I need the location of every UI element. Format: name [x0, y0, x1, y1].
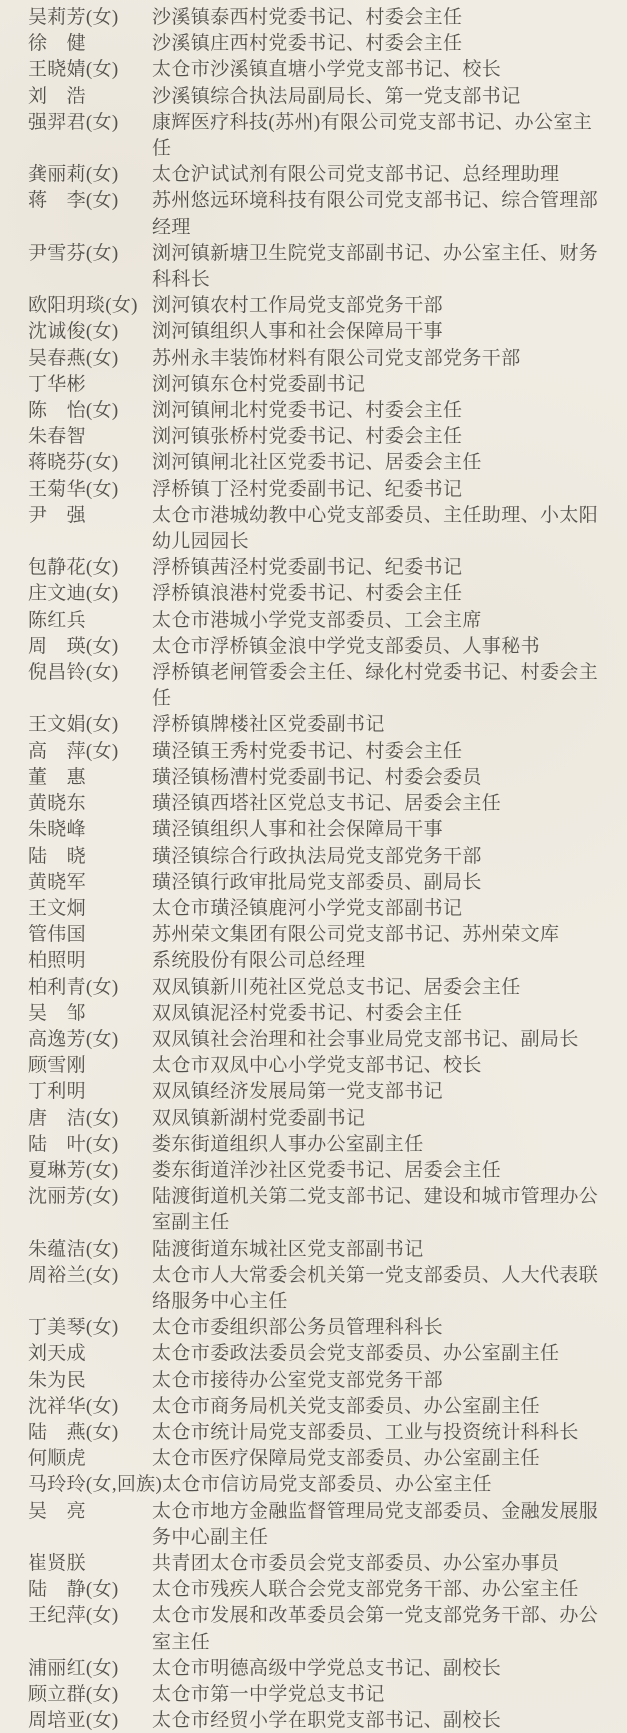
list-item: 沈丽芳(女) 陆渡街道机关第二党支部书记、建设和城市管理办公室副主任	[28, 1184, 602, 1236]
list-item: 崔贤朕 共青团太仓市委员会党支部委员、办公室办事员	[28, 1551, 602, 1577]
list-item: 沈祥华(女) 太仓市商务局机关党支部委员、办公室副主任	[28, 1394, 602, 1420]
list-item: 陆 晓 璜泾镇综合行政执法局党支部党务干部	[28, 844, 602, 870]
person-name: 王纪萍(女)	[28, 1603, 152, 1629]
list-item: 唐 洁(女) 双凤镇新湖村党委副书记	[28, 1106, 602, 1132]
list-item: 丁华彬 浏河镇东仓村党委副书记	[28, 372, 602, 398]
person-name: 丁美琴(女)	[28, 1315, 152, 1341]
list-item: 吴莉芳(女) 沙溪镇泰西村党委书记、村委会主任	[28, 5, 602, 31]
list-item: 黄晓军 璜泾镇行政审批局党支部委员、副局长	[28, 870, 602, 896]
list-item: 陆 静(女) 太仓市残疾人联合会党支部党务干部、办公室主任	[28, 1577, 602, 1603]
list-item: 周培亚(女) 太仓市经贸小学在职党支部书记、副校长	[28, 1708, 602, 1733]
list-item: 朱为民 太仓市接待办公室党支部党务干部	[28, 1368, 602, 1394]
document-page: 吴莉芳(女) 沙溪镇泰西村党委书记、村委会主任 徐 健 沙溪镇庄西村党委书记、村…	[0, 0, 627, 1733]
list-item: 周 瑛(女) 太仓市浮桥镇金浪中学党支部委员、人事秘书	[28, 634, 602, 660]
person-title: 璜泾镇王秀村党委书记、村委会主任	[152, 739, 602, 765]
list-item: 陈 怡(女) 浏河镇闸北村党委书记、村委会主任	[28, 398, 602, 424]
list-item: 倪昌铃(女) 浮桥镇老闸管委会主任、绿化村党委书记、村委会主任	[28, 660, 602, 712]
list-item: 吴春燕(女) 苏州永丰装饰材料有限公司党支部党务干部	[28, 346, 602, 372]
list-item: 高逸芳(女) 双凤镇社会治理和社会事业局党支部书记、副局长	[28, 1027, 602, 1053]
person-title: 苏州荣文集团有限公司党支部书记、苏州荣文库	[152, 922, 602, 948]
list-item: 陈红兵 太仓市港城小学党支部委员、工会主席	[28, 608, 602, 634]
list-item: 马玲玲(女,回族) 太仓市信访局党支部委员、办公室主任	[28, 1472, 602, 1498]
person-name: 黄晓东	[28, 791, 152, 817]
person-name: 周裕兰(女)	[28, 1263, 152, 1289]
person-title: 双凤镇新湖村党委副书记	[152, 1106, 602, 1132]
person-title: 太仓市经贸小学在职党支部书记、副校长	[152, 1708, 602, 1733]
person-name: 董 惠	[28, 765, 152, 791]
person-name: 陆 晓	[28, 844, 152, 870]
person-title: 璜泾镇西塔社区党总支书记、居委会主任	[152, 791, 602, 817]
list-item: 王菊华(女) 浮桥镇丁泾村党委副书记、纪委书记	[28, 477, 602, 503]
list-item: 顾雪刚 太仓市双凤中心小学党支部书记、校长	[28, 1053, 602, 1079]
person-title: 太仓市接待办公室党支部党务干部	[152, 1368, 602, 1394]
person-title: 沙溪镇泰西村党委书记、村委会主任	[152, 5, 602, 31]
list-item: 沈诚俊(女) 浏河镇组织人事和社会保障局干事	[28, 319, 602, 345]
person-title: 浏河镇新塘卫生院党支部副书记、办公室主任、财务科科长	[152, 241, 602, 293]
list-item: 柏照明 系统股份有限公司总经理	[28, 948, 602, 974]
person-title: 太仓市委组织部公务员管理科科长	[152, 1315, 602, 1341]
person-name: 王菊华(女)	[28, 477, 152, 503]
list-item: 庄文迪(女) 浮桥镇浪港村党委书记、村委会主任	[28, 581, 602, 607]
person-name: 龚丽莉(女)	[28, 162, 152, 188]
person-name: 崔贤朕	[28, 1551, 152, 1577]
person-name: 顾雪刚	[28, 1053, 152, 1079]
person-title: 浏河镇闸北社区党委书记、居委会主任	[152, 450, 602, 476]
person-title: 共青团太仓市委员会党支部委员、办公室办事员	[152, 1551, 602, 1577]
person-title: 苏州永丰装饰材料有限公司党支部党务干部	[152, 346, 602, 372]
person-name: 蒋 李(女)	[28, 188, 152, 214]
person-title: 浏河镇农村工作局党支部党务干部	[152, 293, 602, 319]
person-title: 双凤镇经济发展局第一党支部书记	[152, 1079, 602, 1105]
person-name: 周培亚(女)	[28, 1708, 152, 1733]
person-title: 浮桥镇浪港村党委书记、村委会主任	[152, 581, 602, 607]
list-item: 浦丽红(女) 太仓市明德高级中学党总支书记、副校长	[28, 1656, 602, 1682]
person-title: 浏河镇张桥村党委书记、村委会主任	[152, 424, 602, 450]
person-title: 太仓沪试试剂有限公司党支部书记、总经理助理	[152, 162, 602, 188]
person-name: 蒋晓芬(女)	[28, 450, 152, 476]
list-item: 欧阳玥琰(女) 浏河镇农村工作局党支部党务干部	[28, 293, 602, 319]
list-item: 高 萍(女) 璜泾镇王秀村党委书记、村委会主任	[28, 739, 602, 765]
person-title: 太仓市明德高级中学党总支书记、副校长	[152, 1656, 602, 1682]
person-title: 太仓市港城幼教中心党支部委员、主任助理、小太阳幼儿园园长	[152, 503, 602, 555]
person-name: 高逸芳(女)	[28, 1027, 152, 1053]
person-title: 陆渡街道东城社区党支部副书记	[152, 1237, 602, 1263]
person-title: 太仓市第一中学党总支书记	[152, 1682, 602, 1708]
person-name: 何顺虎	[28, 1446, 152, 1472]
person-title: 太仓市委政法委员会党支部委员、办公室副主任	[152, 1341, 602, 1367]
person-title: 系统股份有限公司总经理	[152, 948, 602, 974]
person-name: 朱为民	[28, 1368, 152, 1394]
person-title: 太仓市残疾人联合会党支部党务干部、办公室主任	[152, 1577, 602, 1603]
person-name: 陆 燕(女)	[28, 1420, 152, 1446]
person-name: 倪昌铃(女)	[28, 660, 152, 686]
person-title: 浮桥镇丁泾村党委副书记、纪委书记	[152, 477, 602, 503]
list-item: 朱晓峰 璜泾镇组织人事和社会保障局干事	[28, 817, 602, 843]
person-name: 吴 亮	[28, 1499, 152, 1525]
person-name: 顾立群(女)	[28, 1682, 152, 1708]
list-item: 朱春智 浏河镇张桥村党委书记、村委会主任	[28, 424, 602, 450]
person-title: 太仓市信访局党支部委员、办公室主任	[162, 1472, 602, 1498]
person-name: 包静花(女)	[28, 555, 152, 581]
person-title: 璜泾镇杨漕村党委副书记、村委会委员	[152, 765, 602, 791]
person-title: 娄东街道组织人事办公室副主任	[152, 1132, 602, 1158]
list-item: 周裕兰(女) 太仓市人大常委会机关第一党支部委员、人大代表联络服务中心主任	[28, 1263, 602, 1315]
list-item: 丁美琴(女) 太仓市委组织部公务员管理科科长	[28, 1315, 602, 1341]
list-item: 何顺虎 太仓市医疗保障局党支部委员、办公室副主任	[28, 1446, 602, 1472]
person-title: 璜泾镇组织人事和社会保障局干事	[152, 817, 602, 843]
list-item: 刘天成 太仓市委政法委员会党支部委员、办公室副主任	[28, 1341, 602, 1367]
person-name: 黄晓军	[28, 870, 152, 896]
list-item: 朱蕴洁(女) 陆渡街道东城社区党支部副书记	[28, 1237, 602, 1263]
person-name: 马玲玲(女,回族)	[28, 1472, 162, 1498]
person-name: 浦丽红(女)	[28, 1656, 152, 1682]
list-item: 柏利青(女) 双凤镇新川苑社区党总支书记、居委会主任	[28, 975, 602, 1001]
person-title: 太仓市人大常委会机关第一党支部委员、人大代表联络服务中心主任	[152, 1263, 602, 1315]
person-title: 太仓市统计局党支部委员、工业与投资统计科科长	[152, 1420, 602, 1446]
person-name: 王文炯	[28, 896, 152, 922]
person-name: 刘天成	[28, 1341, 152, 1367]
person-title: 太仓市发展和改革委员会第一党支部党务干部、办公室主任	[152, 1603, 602, 1655]
person-title: 太仓市地方金融监督管理局党支部委员、金融发展服务中心副主任	[152, 1499, 602, 1551]
person-name: 吴 邹	[28, 1001, 152, 1027]
person-title: 苏州悠远环境科技有限公司党支部书记、综合管理部经理	[152, 188, 602, 240]
person-title: 康辉医疗科技(苏州)有限公司党支部书记、办公室主任	[152, 110, 602, 162]
list-item: 管伟国 苏州荣文集团有限公司党支部书记、苏州荣文库	[28, 922, 602, 948]
person-name: 尹雪芬(女)	[28, 241, 152, 267]
person-name: 沈丽芳(女)	[28, 1184, 152, 1210]
list-item: 顾立群(女) 太仓市第一中学党总支书记	[28, 1682, 602, 1708]
person-name: 朱蕴洁(女)	[28, 1237, 152, 1263]
person-name: 高 萍(女)	[28, 739, 152, 765]
person-title: 双凤镇新川苑社区党总支书记、居委会主任	[152, 975, 602, 1001]
person-title: 浏河镇东仓村党委副书记	[152, 372, 602, 398]
person-name: 刘 浩	[28, 84, 152, 110]
person-title: 沙溪镇庄西村党委书记、村委会主任	[152, 31, 602, 57]
list-item: 尹 强 太仓市港城幼教中心党支部委员、主任助理、小太阳幼儿园园长	[28, 503, 602, 555]
list-item: 包静花(女) 浮桥镇茜泾村党委副书记、纪委书记	[28, 555, 602, 581]
person-name: 沈祥华(女)	[28, 1394, 152, 1420]
list-item: 吴 亮 太仓市地方金融监督管理局党支部委员、金融发展服务中心副主任	[28, 1499, 602, 1551]
person-name: 管伟国	[28, 922, 152, 948]
person-title: 浮桥镇茜泾村党委副书记、纪委书记	[152, 555, 602, 581]
list-item: 蒋 李(女) 苏州悠远环境科技有限公司党支部书记、综合管理部经理	[28, 188, 602, 240]
person-title: 璜泾镇综合行政执法局党支部党务干部	[152, 844, 602, 870]
list-item: 徐 健 沙溪镇庄西村党委书记、村委会主任	[28, 31, 602, 57]
person-title: 浏河镇组织人事和社会保障局干事	[152, 319, 602, 345]
person-title: 太仓市商务局机关党支部委员、办公室副主任	[152, 1394, 602, 1420]
person-title: 沙溪镇综合执法局副局长、第一党支部书记	[152, 84, 602, 110]
list-item: 强羿君(女) 康辉医疗科技(苏州)有限公司党支部书记、办公室主任	[28, 110, 602, 162]
person-title: 双凤镇泥泾村党委书记、村委会主任	[152, 1001, 602, 1027]
person-name: 夏琳芳(女)	[28, 1158, 152, 1184]
person-title: 璜泾镇行政审批局党支部委员、副局长	[152, 870, 602, 896]
person-name: 周 瑛(女)	[28, 634, 152, 660]
person-name: 唐 洁(女)	[28, 1106, 152, 1132]
person-title: 太仓市医疗保障局党支部委员、办公室副主任	[152, 1446, 602, 1472]
list-item: 陆 燕(女) 太仓市统计局党支部委员、工业与投资统计科科长	[28, 1420, 602, 1446]
list-item: 王文娟(女) 浮桥镇牌楼社区党委副书记	[28, 712, 602, 738]
person-title: 娄东街道洋沙社区党委书记、居委会主任	[152, 1158, 602, 1184]
person-title: 浏河镇闸北村党委书记、村委会主任	[152, 398, 602, 424]
list-item: 王纪萍(女) 太仓市发展和改革委员会第一党支部党务干部、办公室主任	[28, 1603, 602, 1655]
person-name: 欧阳玥琰(女)	[28, 293, 152, 319]
person-name: 陆 叶(女)	[28, 1132, 152, 1158]
person-title: 浮桥镇老闸管委会主任、绿化村党委书记、村委会主任	[152, 660, 602, 712]
person-name: 徐 健	[28, 31, 152, 57]
list-item: 王文炯 太仓市璜泾镇鹿河小学党支部副书记	[28, 896, 602, 922]
list-item: 蒋晓芬(女) 浏河镇闸北社区党委书记、居委会主任	[28, 450, 602, 476]
person-name: 庄文迪(女)	[28, 581, 152, 607]
list-item: 吴 邹 双凤镇泥泾村党委书记、村委会主任	[28, 1001, 602, 1027]
person-title: 陆渡街道机关第二党支部书记、建设和城市管理办公室副主任	[152, 1184, 602, 1236]
list-item: 丁利明 双凤镇经济发展局第一党支部书记	[28, 1079, 602, 1105]
person-name: 柏照明	[28, 948, 152, 974]
list-item: 董 惠 璜泾镇杨漕村党委副书记、村委会委员	[28, 765, 602, 791]
roster-list: 吴莉芳(女) 沙溪镇泰西村党委书记、村委会主任 徐 健 沙溪镇庄西村党委书记、村…	[28, 5, 602, 1733]
person-name: 尹 强	[28, 503, 152, 529]
person-name: 陆 静(女)	[28, 1577, 152, 1603]
person-name: 陈红兵	[28, 608, 152, 634]
person-title: 太仓市浮桥镇金浪中学党支部委员、人事秘书	[152, 634, 602, 660]
person-title: 太仓市港城小学党支部委员、工会主席	[152, 608, 602, 634]
person-title: 双凤镇社会治理和社会事业局党支部书记、副局长	[152, 1027, 602, 1053]
list-item: 尹雪芬(女) 浏河镇新塘卫生院党支部副书记、办公室主任、财务科科长	[28, 241, 602, 293]
person-name: 柏利青(女)	[28, 975, 152, 1001]
list-item: 陆 叶(女) 娄东街道组织人事办公室副主任	[28, 1132, 602, 1158]
list-item: 夏琳芳(女) 娄东街道洋沙社区党委书记、居委会主任	[28, 1158, 602, 1184]
person-name: 王晓婧(女)	[28, 57, 152, 83]
person-name: 陈 怡(女)	[28, 398, 152, 424]
person-name: 丁利明	[28, 1079, 152, 1105]
person-name: 强羿君(女)	[28, 110, 152, 136]
list-item: 黄晓东 璜泾镇西塔社区党总支书记、居委会主任	[28, 791, 602, 817]
list-item: 龚丽莉(女) 太仓沪试试剂有限公司党支部书记、总经理助理	[28, 162, 602, 188]
person-title: 太仓市沙溪镇直塘小学党支部书记、校长	[152, 57, 602, 83]
person-name: 王文娟(女)	[28, 712, 152, 738]
list-item: 刘 浩 沙溪镇综合执法局副局长、第一党支部书记	[28, 84, 602, 110]
person-name: 吴春燕(女)	[28, 346, 152, 372]
person-title: 太仓市璜泾镇鹿河小学党支部副书记	[152, 896, 602, 922]
person-title: 浮桥镇牌楼社区党委副书记	[152, 712, 602, 738]
person-name: 丁华彬	[28, 372, 152, 398]
list-item: 王晓婧(女) 太仓市沙溪镇直塘小学党支部书记、校长	[28, 57, 602, 83]
person-name: 吴莉芳(女)	[28, 5, 152, 31]
person-name: 朱晓峰	[28, 817, 152, 843]
person-name: 沈诚俊(女)	[28, 319, 152, 345]
person-title: 太仓市双凤中心小学党支部书记、校长	[152, 1053, 602, 1079]
person-name: 朱春智	[28, 424, 152, 450]
